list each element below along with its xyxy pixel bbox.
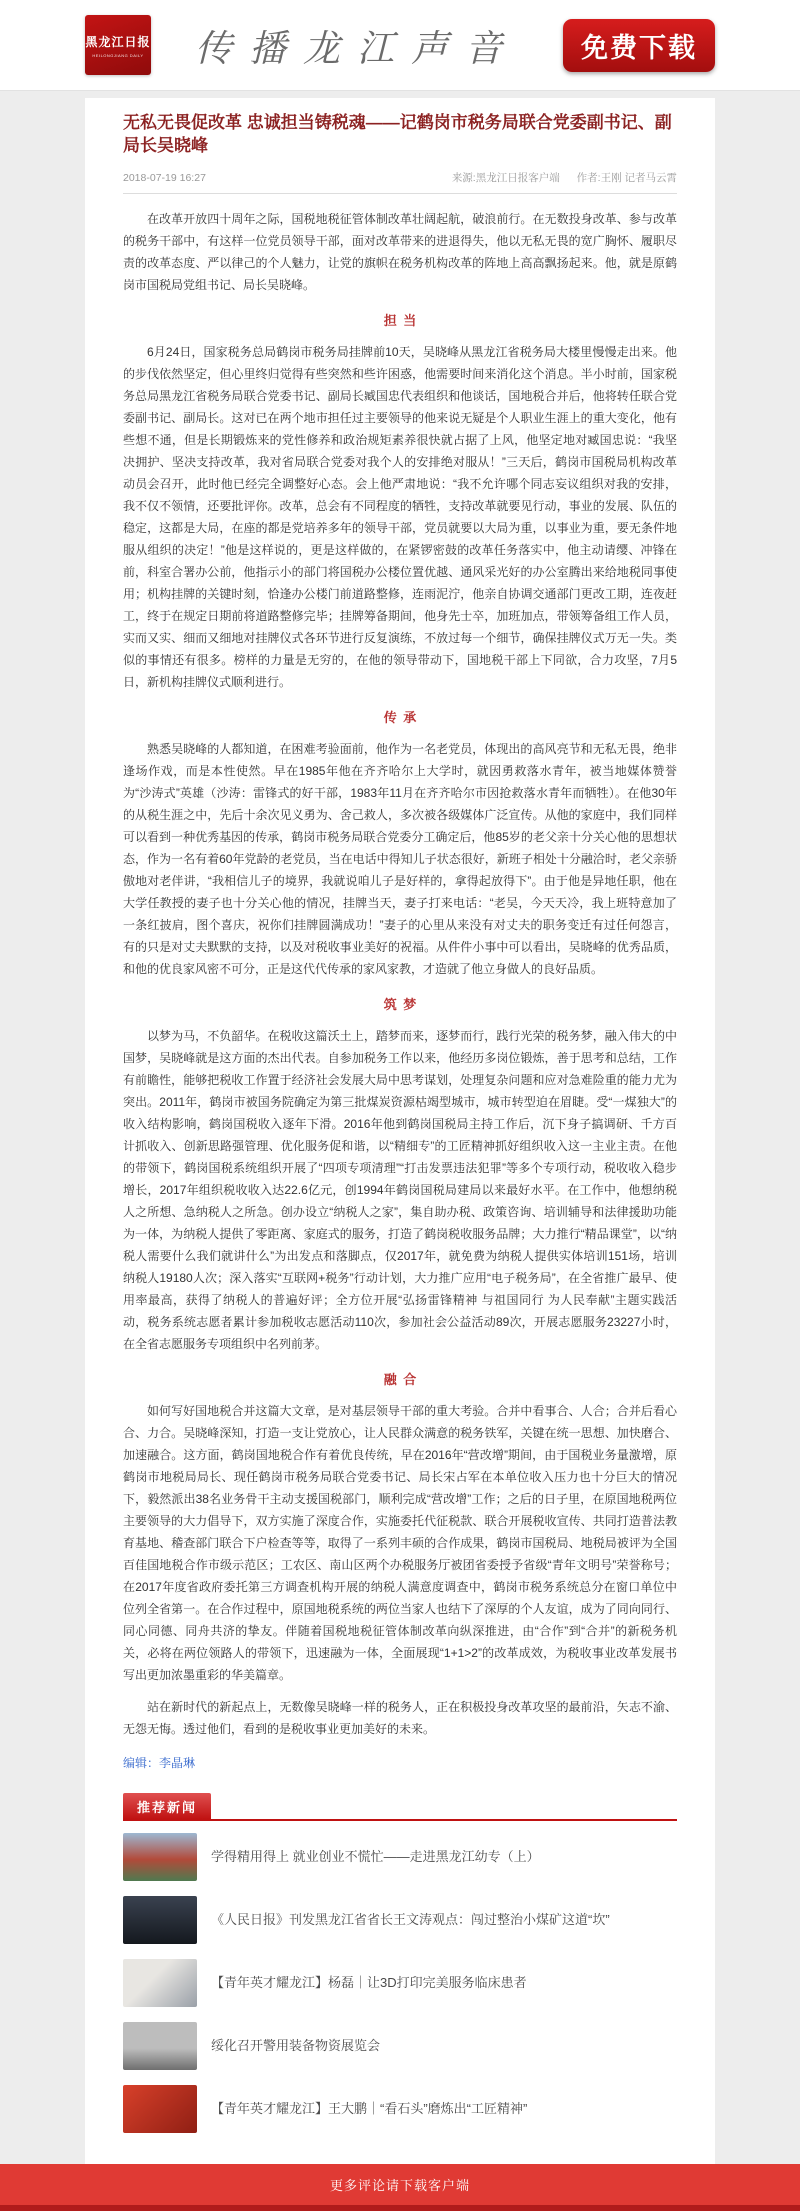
app-footer[interactable]: 更多评论请下载客户端 bbox=[0, 2164, 800, 2211]
section-paragraph-zhumeng: 以梦为马，不负韶华。在税收这篇沃土上，踏梦而来，逐梦而行，践行光荣的税务梦，融入… bbox=[123, 1025, 677, 1355]
article-source: 来源:黑龙江日报客户端 bbox=[452, 172, 560, 184]
recommended-news-tab: 推荐新闻 bbox=[123, 1793, 211, 1819]
news-item[interactable]: 【青年英才耀龙江】杨磊｜让3D打印完美服务临床患者 bbox=[123, 1959, 677, 2007]
news-title: 【青年英才耀龙江】王大鹏｜“看石头”磨炼出“工匠精神” bbox=[211, 2100, 527, 2118]
section-heading-dandang: 担当 bbox=[123, 310, 677, 329]
news-thumbnail bbox=[123, 1833, 197, 1881]
section-heading-ronghe: 融合 bbox=[123, 1369, 677, 1388]
news-thumbnail bbox=[123, 1896, 197, 1944]
editor-credit: 编辑：李晶琳 bbox=[123, 1754, 677, 1771]
logo-subtitle: HEILONGJIANG DAILY bbox=[92, 53, 143, 58]
news-thumbnail bbox=[123, 1959, 197, 2007]
logo-title: 黑龙江日报 bbox=[85, 33, 150, 50]
newspaper-logo[interactable]: 黑龙江日报 HEILONGJIANG DAILY bbox=[85, 15, 151, 75]
news-thumbnail bbox=[123, 2022, 197, 2070]
page: 黑龙江日报 HEILONGJIANG DAILY 传播龙江声音 免费下载 无私无… bbox=[0, 0, 800, 2211]
news-item[interactable]: 【青年英才耀龙江】王大鹏｜“看石头”磨炼出“工匠精神” bbox=[123, 2085, 677, 2133]
recommended-news-bar: 推荐新闻 bbox=[123, 1793, 677, 1821]
footer-text: 更多评论请下载客户端 bbox=[330, 2178, 470, 2193]
news-title: 学得精用得上 就业创业不慌忙——走进黑龙江幼专（上） bbox=[211, 1848, 540, 1866]
section-heading-chuancheng: 传承 bbox=[123, 707, 677, 726]
recommended-news-list: 学得精用得上 就业创业不慌忙——走进黑龙江幼专（上） 《人民日报》刊发黑龙江省省… bbox=[123, 1833, 677, 2133]
article-author: 作者:王刚 记者马云霄 bbox=[577, 172, 677, 184]
news-item[interactable]: 《人民日报》刊发黑龙江省省长王文涛观点：闯过整治小煤矿这道“坎” bbox=[123, 1896, 677, 1944]
app-header: 黑龙江日报 HEILONGJIANG DAILY 传播龙江声音 免费下载 bbox=[0, 0, 800, 90]
article-column: 无私无畏促改革 忠诚担当铸税魂——记鹤岗市税务局联合党委副书记、副局长吴晓峰 2… bbox=[85, 98, 715, 2164]
article-meta: 2018-07-19 16:27 来源:黑龙江日报客户端 作者:王刚 记者马云霄 bbox=[123, 170, 677, 185]
news-title: 《人民日报》刊发黑龙江省省长王文涛观点：闯过整治小煤矿这道“坎” bbox=[211, 1911, 610, 1929]
meta-divider bbox=[123, 193, 677, 194]
source-author: 来源:黑龙江日报客户端 作者:王刚 记者马云霄 bbox=[438, 170, 677, 185]
news-title: 绥化召开警用装备物资展览会 bbox=[211, 2037, 380, 2055]
section-paragraph-chuancheng: 熟悉吴晓峰的人都知道，在困难考验面前，他作为一名老党员，体现出的高风亮节和无私无… bbox=[123, 738, 677, 980]
news-item[interactable]: 绥化召开警用装备物资展览会 bbox=[123, 2022, 677, 2070]
download-button[interactable]: 免费下载 bbox=[563, 19, 715, 72]
article-closing-paragraph: 站在新时代的新起点上，无数像吴晓峰一样的税务人，正在积极投身改革攻坚的最前沿，矢… bbox=[123, 1696, 677, 1740]
section-paragraph-dandang: 6月24日，国家税务总局鹤岗市税务局挂牌前10天，吴晓峰从黑龙江省税务局大楼里慢… bbox=[123, 341, 677, 693]
section-heading-zhumeng: 筑梦 bbox=[123, 994, 677, 1013]
news-item[interactable]: 学得精用得上 就业创业不慌忙——走进黑龙江幼专（上） bbox=[123, 1833, 677, 1881]
news-thumbnail bbox=[123, 2085, 197, 2133]
header-inner: 黑龙江日报 HEILONGJIANG DAILY 传播龙江声音 免费下载 bbox=[85, 0, 715, 90]
publish-date: 2018-07-19 16:27 bbox=[123, 172, 206, 184]
slogan-calligraphy: 传播龙江声音 bbox=[177, 18, 537, 72]
article-intro-paragraph: 在改革开放四十周年之际，国税地税征管体制改革壮阔起航，破浪前行。在无数投身改革、… bbox=[123, 208, 677, 296]
section-paragraph-ronghe: 如何写好国地税合并这篇大文章，是对基层领导干部的重大考验。合并中看事合、人合；合… bbox=[123, 1400, 677, 1686]
article-title: 无私无畏促改革 忠诚担当铸税魂——记鹤岗市税务局联合党委副书记、副局长吴晓峰 bbox=[123, 112, 677, 158]
news-title: 【青年英才耀龙江】杨磊｜让3D打印完美服务临床患者 bbox=[211, 1974, 527, 1992]
